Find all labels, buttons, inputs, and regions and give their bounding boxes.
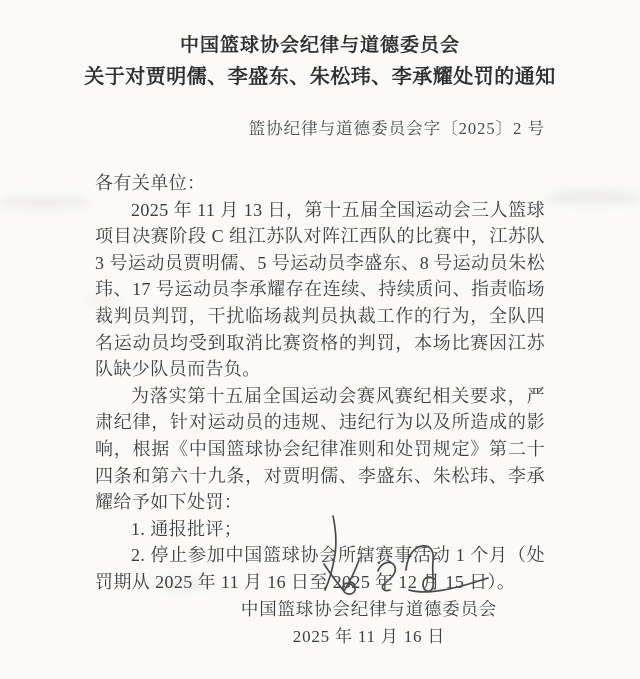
document-number: 篮协纪律与道德委员会字〔2025〕2 号 <box>95 118 545 140</box>
penalty-item-2: 2. 停止参加中国篮球协会所辖赛事活动 1 个月（处罚期从 2025 年 11 … <box>95 542 545 595</box>
salutation: 各有关单位： <box>95 170 545 197</box>
signer-organization: 中国篮球协会纪律与道德委员会 <box>199 597 539 621</box>
paragraph-basis: 为落实第十五届全国运动会赛风赛纪相关要求，严肃纪律，针对运动员的违规、违纪行为以… <box>95 383 545 516</box>
paragraph-incident: 2025 年 11 月 13 日，第十五届全国运动会三人篮球项目决赛阶段 C 组… <box>95 197 545 383</box>
document-body: 各有关单位： 2025 年 11 月 13 日，第十五届全国运动会三人篮球项目决… <box>95 170 545 596</box>
penalty-item-1: 1. 通报批评； <box>95 516 545 543</box>
signed-date: 2025 年 11 月 16 日 <box>199 626 539 648</box>
notice-document: 中国篮球协会纪律与道德委员会 关于对贾明儒、李盛东、朱松玮、李承耀处罚的通知 篮… <box>0 0 640 679</box>
document-title-org: 中国篮球协会纪律与道德委员会 <box>0 34 640 58</box>
scan-smudge <box>547 190 640 206</box>
signature-block: 中国篮球协会纪律与道德委员会 2025 年 11 月 16 日 <box>199 597 539 648</box>
document-title-subject: 关于对贾明儒、李盛东、朱松玮、李承耀处罚的通知 <box>0 63 640 91</box>
scan-smudge <box>0 196 88 209</box>
